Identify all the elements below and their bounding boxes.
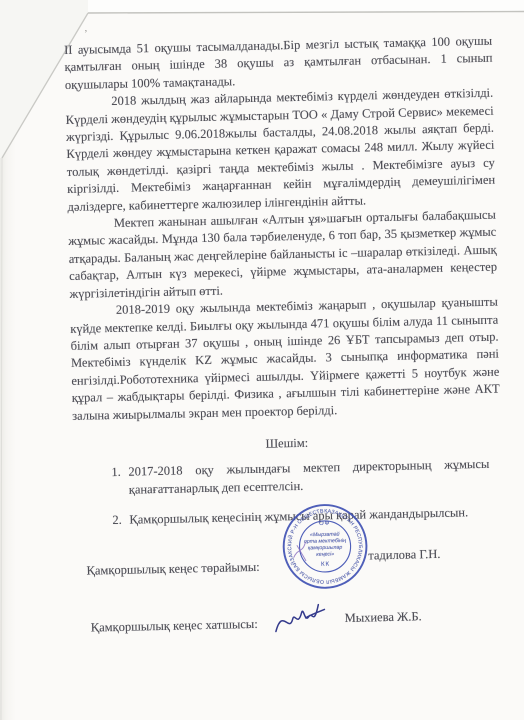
decision-number: 2. xyxy=(112,512,129,530)
paragraph-renovation: 2018 жылдың жаз айларында мектебіміз күр… xyxy=(65,85,496,216)
decision-heading: Шешім: xyxy=(73,431,501,458)
paragraph-school-year: 2018-2019 оқу жылында мектебіміз жаңарып… xyxy=(70,294,501,425)
scan-noise-mark: ’ xyxy=(84,28,88,40)
stamp-abbr-top: ОФ xyxy=(319,520,330,527)
decision-number: 1. xyxy=(111,464,129,499)
stamp-center-line-1: «Мырзатай xyxy=(310,531,340,539)
document-body-text: ІІ ауысымда 51 оқушы тасымалданады.Бір м… xyxy=(64,33,503,544)
decision-item-1: 1. 2017-2018 оқу жылындағы мектеп директ… xyxy=(111,456,490,499)
paragraph-busing-meals: ІІ ауысымда 51 оқушы тасымалданады.Бір м… xyxy=(64,33,493,95)
decision-text: 2017-2018 оқу жылындағы мектеп директоры… xyxy=(128,456,490,499)
chair-signature-label: Қамқоршылық кеңес төрайымы: xyxy=(86,559,259,580)
chair-signature-name: тадилова Г.Н. xyxy=(368,546,441,565)
document-page: ІІ ауысымда 51 оқушы тасымалданады.Бір м… xyxy=(64,33,506,702)
stamp-center-line-3: қамқоршылар xyxy=(308,545,343,552)
secretary-signature-label: Қамқоршылық кеңес хатшысы: xyxy=(91,616,258,637)
secretary-signature-name: Мыхиева Ж.Б. xyxy=(344,608,421,627)
stamp-center-line-4: кеңесі» xyxy=(316,551,334,557)
secretary-handwritten-signature xyxy=(272,596,329,643)
stamp-abbr-bottom: КК xyxy=(321,561,330,568)
paragraph-kindergarten: Мектеп жанынан ашылған «Алтын ұя»шағын о… xyxy=(68,207,498,303)
round-official-stamp: ҚАЗАҚСТАН РЕСПУБЛИКАСЫ ЖАМБЫЛ ОБЛЫСЫ БАЙ… xyxy=(280,501,370,591)
